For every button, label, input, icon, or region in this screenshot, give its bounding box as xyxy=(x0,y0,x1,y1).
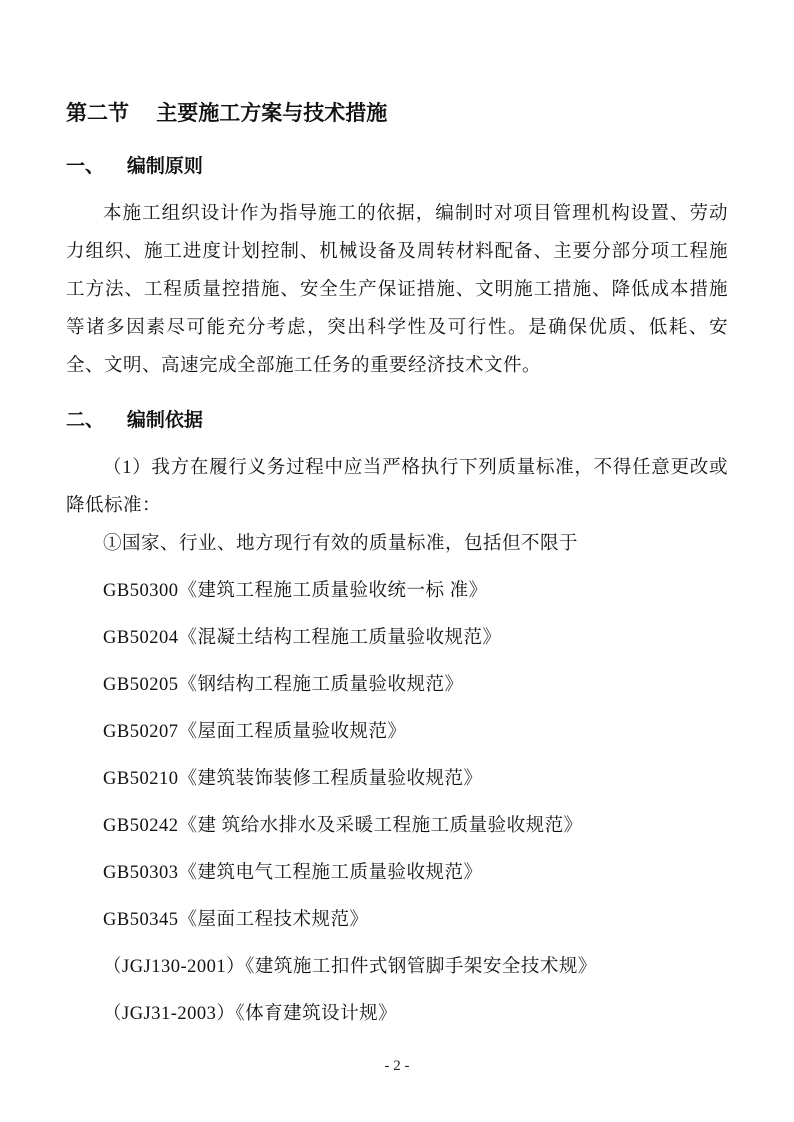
page-number: - 2 - xyxy=(0,1057,794,1075)
standard-line: （JGJ31-2003）《体育建筑设计规》 xyxy=(66,995,728,1033)
heading-compilation-principles: 一、编制原则 xyxy=(66,152,728,181)
standard-line: GB50210《建筑装饰装修工程质量验收规范》 xyxy=(66,760,728,798)
standard-line: GB50204《混凝土结构工程施工质量验收规范》 xyxy=(66,619,728,657)
heading-1-text: 编制原则 xyxy=(127,156,203,177)
section-title: 第二节主要施工方案与技术措施 xyxy=(66,99,728,127)
standard-line: GB50303《建筑电气工程施工质量验收规范》 xyxy=(66,854,728,892)
heading-2-number: 二、 xyxy=(66,410,104,431)
paragraph-principles: 本施工组织设计作为指导施工的依据，编制时对项目管理机构设置、劳动力组织、施工进度… xyxy=(66,195,728,385)
section-title-number: 第二节 xyxy=(66,101,129,125)
standard-line: GB50345《屋面工程技术规范》 xyxy=(66,901,728,939)
standard-line: GB50207《屋面工程质量验收规范》 xyxy=(66,713,728,751)
section-title-text: 主要施工方案与技术措施 xyxy=(156,101,387,125)
standard-line: GB50300《建筑工程施工质量验收统一标 准》 xyxy=(66,572,728,610)
heading-compilation-basis: 二、编制依据 xyxy=(66,406,728,435)
heading-2-text: 编制依据 xyxy=(127,410,203,431)
document-page: 第二节主要施工方案与技术措施 一、编制原则 本施工组织设计作为指导施工的依据，编… xyxy=(0,0,794,1122)
standard-line: （JGJ130-2001）《建筑施工扣件式钢管脚手架安全技术规》 xyxy=(66,948,728,986)
standard-line: GB50242《建 筑给水排水及采暖工程施工质量验收规范》 xyxy=(66,807,728,845)
standard-line: GB50205《钢结构工程施工质量验收规范》 xyxy=(66,666,728,704)
heading-1-number: 一、 xyxy=(66,156,104,177)
standards-intro-line: ①国家、行业、地方现行有效的质量标准，包括但不限于 xyxy=(66,525,728,563)
paragraph-basis-item-1: （1）我方在履行义务过程中应当严格执行下列质量标准，不得任意更改或降低标准： xyxy=(66,449,728,525)
